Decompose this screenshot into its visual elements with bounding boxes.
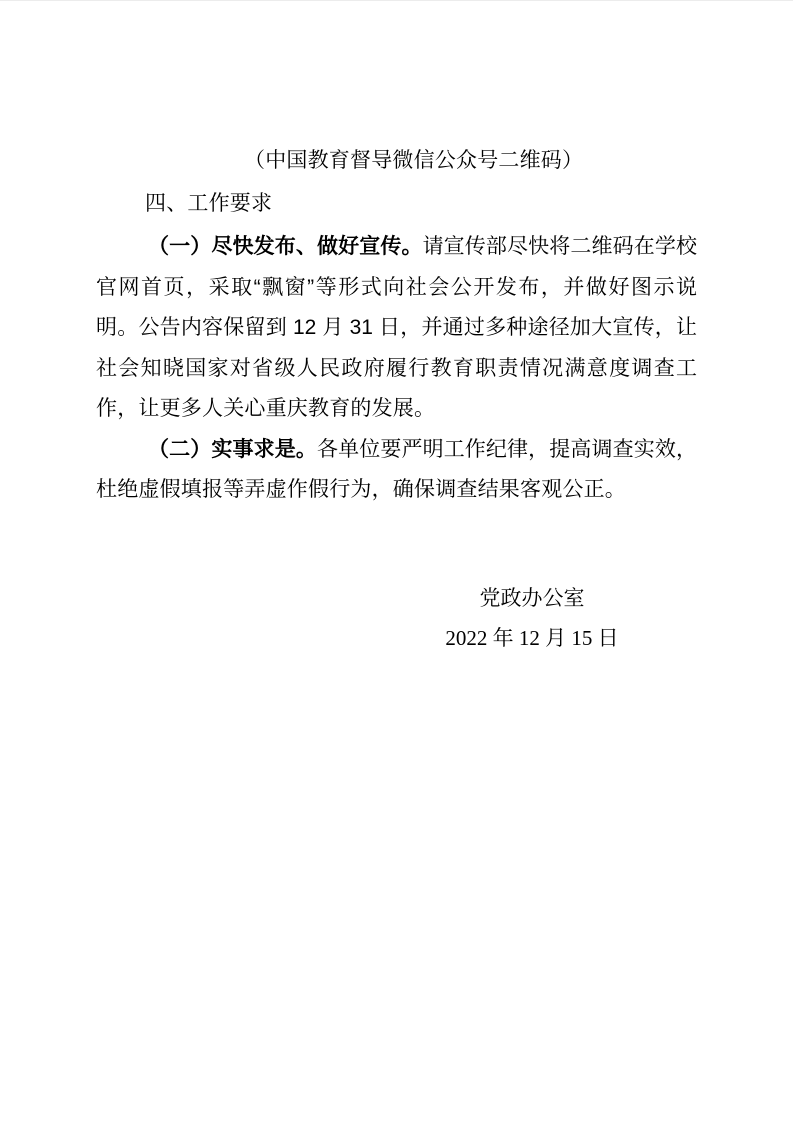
- section-heading: 四、工作要求: [96, 190, 697, 218]
- qr-code-caption: （中国教育督导微信公众号二维码）: [96, 147, 697, 175]
- signature-date: 2022 年 12 月 15 日: [402, 624, 662, 652]
- body-line: 官网首页，采取“飘窗”等形式向社会公开发布，并做好图示说: [96, 274, 697, 302]
- body-line: 作，让更多人关心重庆教育的发展。: [96, 395, 697, 423]
- paragraph-2-text: 各单位要严明工作纪律，提高调查实效，: [317, 438, 697, 461]
- paragraph-1-bold-lead: （一）尽快发布、做好宣传。: [148, 235, 423, 258]
- paragraph-2-bold-lead: （二）实事求是。: [148, 438, 317, 461]
- body-line: （一）尽快发布、做好宣传。请宣传部尽快将二维码在学校: [96, 233, 697, 261]
- body-line: 社会知晓国家对省级人民政府履行教育职责情况满意度调查工: [96, 355, 697, 383]
- body-line: 杜绝虚假填报等弄虚作假行为，确保调查结果客观公正。: [96, 476, 697, 504]
- signature-office: 党政办公室: [402, 585, 662, 613]
- paragraph-1-text: 请宣传部尽快将二维码在学校: [423, 235, 697, 258]
- document-page: （中国教育督导微信公众号二维码） 四、工作要求 （一）尽快发布、做好宣传。请宣传…: [0, 0, 793, 1122]
- body-line: 明。公告内容保留到 12 月 31 日，并通过多种途径加大宣传，让: [96, 314, 697, 342]
- body-line: （二）实事求是。各单位要严明工作纪律，提高调查实效，: [96, 436, 697, 464]
